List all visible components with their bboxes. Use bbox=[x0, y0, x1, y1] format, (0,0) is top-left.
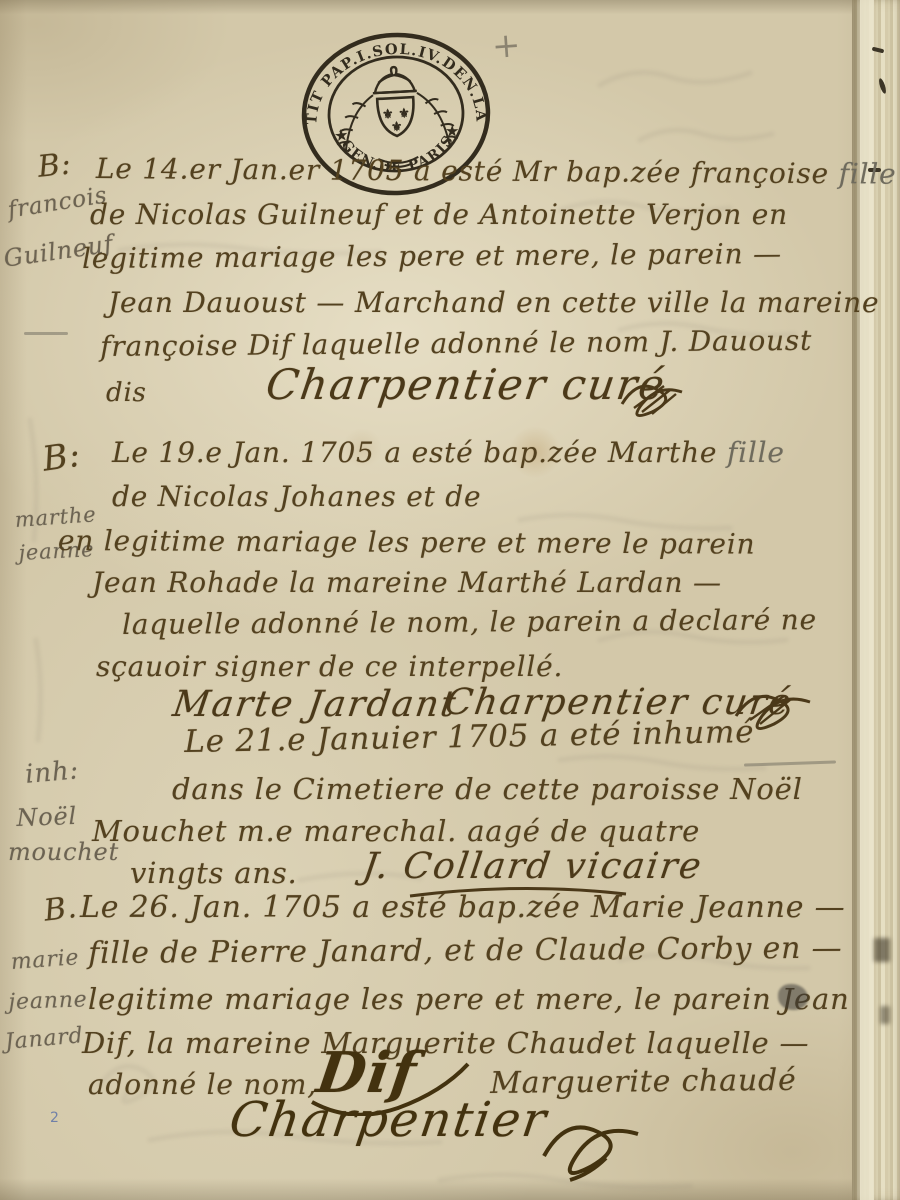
paraph-flourish-icon bbox=[530, 1096, 650, 1188]
entry4-margin-name1: marie bbox=[10, 945, 80, 975]
entry3-margin-name: Noël bbox=[16, 802, 77, 832]
entry3-line-2: dans le Cimetiere de cette paroisse Noël bbox=[172, 772, 803, 806]
pencil-dash bbox=[24, 332, 68, 335]
entry4-line-1: Le 26. Jan. 1705 a esté bap.zée Marie Je… bbox=[80, 890, 845, 925]
signature-charpentier-cure-1: Charpentier curé bbox=[263, 360, 669, 409]
entry4-line-3: legitime mariage les pere et mere, le pa… bbox=[88, 982, 850, 1016]
edge-ink-mark bbox=[874, 938, 890, 962]
entry1-line-1-text: Le 14.er Jan.er 1705 a esté Mr bap.zée f… bbox=[96, 152, 829, 190]
entry2-line-1: Le 19.e Jan. 1705 a esté bap.zée Marthe … bbox=[112, 436, 785, 469]
entry2-margin-initial: B: bbox=[40, 435, 83, 480]
entry3-line-3: Mouchet m.e marechal. aagé de quatre bbox=[92, 814, 700, 848]
cross-mark: + bbox=[491, 25, 522, 67]
entry2-line-2: de Nicolas Johanes et de bbox=[112, 480, 481, 513]
laurel-branch-left-icon bbox=[335, 95, 376, 151]
parish-register-page: PETIT PAP.I.SOL.IV.DEN.LA F ★GEN.DE PARI… bbox=[0, 0, 900, 1200]
crown-icon bbox=[372, 66, 417, 93]
entry4-margin-name2: jeanne bbox=[8, 987, 88, 1015]
entry1-line-3: legitime mariage les pere et mere, le pa… bbox=[82, 237, 782, 275]
edge-ink-mark bbox=[880, 1006, 890, 1024]
fleur-de-lis-glyph: ⚜ bbox=[390, 120, 402, 136]
entry1-line-1: Le 14.er Jan.er 1705 a esté Mr bap.zée f… bbox=[96, 152, 900, 191]
entry2-line-3: en legitime mariage les pere et mere le … bbox=[58, 524, 756, 561]
entry1-line-2: de Nicolas Guilneuf et de Antoinette Ver… bbox=[90, 198, 788, 231]
entry3-line-4: vingts ans. bbox=[130, 856, 298, 890]
signature-collard-vicaire: J. Collard vicaire bbox=[360, 846, 705, 887]
entry1-margin-initial: B: bbox=[36, 146, 73, 184]
entry1-line-5: françoise Dif laquelle adonné le nom J. … bbox=[100, 324, 812, 363]
entry2-line-1-text: Le 19.e Jan. 1705 a esté bap.zée Marthe bbox=[112, 436, 717, 469]
entry1-line-6: dis bbox=[106, 378, 147, 408]
entry3-margin-abbrev: inh: bbox=[24, 755, 80, 790]
paraph-flourish-icon bbox=[614, 368, 694, 420]
entry4-margin-initial: B. bbox=[42, 890, 79, 929]
page-number: 2 bbox=[50, 1110, 59, 1126]
entry1-line-4: Jean Dauoust — Marchand en cette ville l… bbox=[108, 286, 879, 319]
signature-charpentier-3: Charpentier bbox=[226, 1092, 551, 1148]
entry2-line-4: Jean Rohade la mareine Marthé Lardan — bbox=[92, 566, 722, 599]
entry2-line-6: sçauoir signer de ce interpellé. bbox=[96, 650, 563, 683]
entry2-line-5: laquelle adonné le nom, le parein a decl… bbox=[122, 603, 817, 641]
entry1-line-1-addition: fille — bbox=[839, 157, 900, 191]
ink-blob bbox=[778, 984, 808, 1010]
signature-marte-jardant: Marte Jardant bbox=[170, 684, 460, 725]
entry2-line-1-addition: fille bbox=[727, 436, 785, 469]
shield-icon: ⚜ ⚜ ⚜ bbox=[377, 97, 415, 137]
entry4-line-2: fille de Pierre Janard, et de Claude Cor… bbox=[88, 931, 842, 971]
